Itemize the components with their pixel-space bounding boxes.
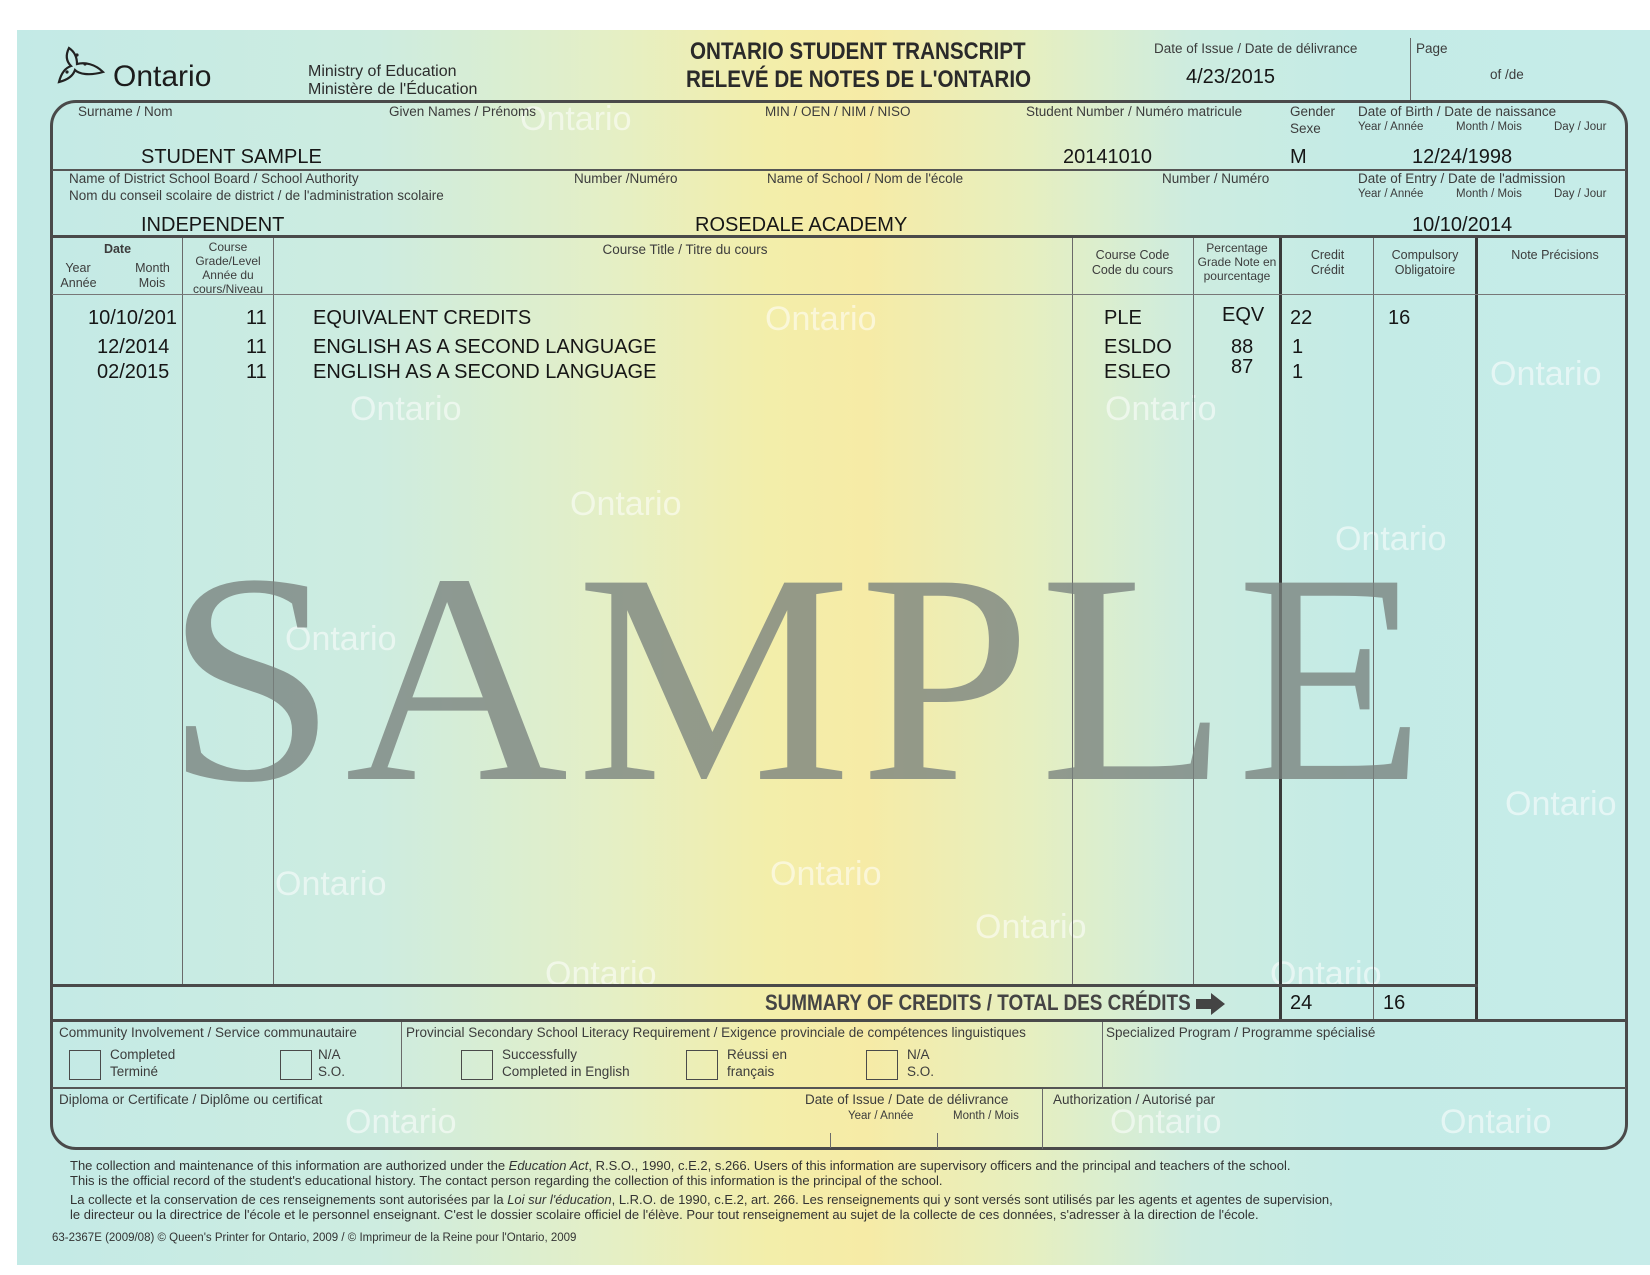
- community-na-fr: S.O.: [318, 1064, 345, 1081]
- header-course-title: Course Title / Titre du cours: [560, 242, 810, 258]
- summary-compulsory: 16: [1383, 993, 1405, 1013]
- row-code: ESLEO: [1104, 362, 1171, 382]
- row-date: 02/2015: [97, 362, 169, 382]
- header-month: Month: [130, 261, 175, 276]
- diploma-month-tick: [937, 1133, 938, 1148]
- school-value: ROSEDALE ACADEMY: [695, 215, 907, 235]
- literacy-french-2: français: [727, 1064, 774, 1081]
- dob-value: 12/24/1998: [1412, 147, 1512, 167]
- col-divider-title: [1072, 238, 1073, 984]
- ontario-logo-text: Ontario: [113, 62, 211, 92]
- gender-value: M: [1290, 147, 1307, 167]
- literacy-na-checkbox[interactable]: [866, 1050, 898, 1080]
- row-credit: 1: [1292, 362, 1303, 382]
- literacy-na-fr: S.O.: [907, 1064, 934, 1081]
- row-title: ENGLISH AS A SECOND LANGUAGE: [313, 337, 656, 357]
- page-of-label: of /de: [1490, 67, 1524, 84]
- gender-label-fr: Sexe: [1290, 121, 1321, 138]
- given-names-label: Given Names / Prénoms: [389, 104, 536, 121]
- table-top-rule: [52, 235, 1626, 238]
- dob-year-label: Year / Année: [1358, 121, 1423, 135]
- literacy-english-1: Successfully: [502, 1047, 577, 1064]
- col-divider-code: [1193, 238, 1194, 984]
- date-of-issue-label: Date of Issue / Date de délivrance: [1154, 41, 1357, 58]
- board-label-en: Name of District School Board / School A…: [69, 171, 359, 188]
- literacy-french-checkbox[interactable]: [686, 1050, 718, 1080]
- student-number-value: 20141010: [1063, 147, 1152, 167]
- row-date: 10/10/201: [88, 308, 177, 328]
- literacy-na-en: N/A: [907, 1047, 930, 1064]
- footer-fr-line1-pre: La collecte et la conservation de ces re…: [70, 1192, 507, 1207]
- summary-credit: 24: [1290, 993, 1312, 1013]
- page-label: Page: [1416, 41, 1448, 58]
- community-label: Community Involvement / Service communau…: [59, 1025, 357, 1042]
- header-percentage: Percentage Grade Note en pourcentage: [1196, 241, 1278, 283]
- row-date: 12/2014: [97, 337, 169, 357]
- literacy-english-checkbox[interactable]: [461, 1050, 493, 1080]
- row-compulsory: 16: [1388, 308, 1410, 328]
- footer-fr-line1-post: , L.R.O. de 1990, c.E.2, art. 266. Les r…: [612, 1192, 1333, 1207]
- row-credit: 22: [1290, 308, 1312, 328]
- header-compulsory: Compulsory Obligatoire: [1380, 248, 1470, 278]
- header-course-code: Course Code Code du cours: [1080, 248, 1185, 278]
- student-name-value: STUDENT SAMPLE: [141, 147, 322, 167]
- diploma-year-tick: [830, 1133, 831, 1148]
- col-divider-note: [1475, 238, 1478, 1020]
- literacy-english-2: Completed in English: [502, 1064, 630, 1081]
- education-act-text: Education Act: [509, 1158, 589, 1173]
- row-grade: 11: [246, 308, 267, 328]
- dob-month-label: Month / Mois: [1456, 121, 1522, 135]
- ministry-en: Ministry of Education: [308, 62, 457, 82]
- entry-year-label: Year / Année: [1358, 188, 1423, 202]
- col-divider-date: [182, 238, 183, 984]
- arrow-right-icon: [1196, 992, 1226, 1016]
- literacy-label: Provincial Secondary School Literacy Req…: [406, 1025, 1026, 1042]
- requirements-bottom-rule: [52, 1087, 1626, 1089]
- footer-fr-line1: La collecte et la conservation de ces re…: [70, 1192, 1333, 1208]
- summary-bottom-rule: [52, 1019, 1626, 1022]
- trillium-icon: [55, 42, 107, 94]
- footer-en-line1: The collection and maintenance of this i…: [70, 1158, 1291, 1174]
- header-note: Note Précisions: [1500, 248, 1610, 263]
- loi-education-text: Loi sur l'éducation: [507, 1192, 611, 1207]
- row-percentage: 88: [1231, 337, 1253, 357]
- ontario-logo: Ontario: [55, 42, 235, 98]
- footer-en-line1-post: , R.S.O., 1990, c.E.2, s.266. Users of t…: [588, 1158, 1290, 1173]
- ministry-fr: Ministère de l'Éducation: [308, 80, 477, 100]
- header-mois: Mois: [132, 276, 172, 291]
- row-percentage: EQV: [1222, 305, 1264, 325]
- community-completed-checkbox[interactable]: [69, 1050, 101, 1080]
- gender-label-en: Gender: [1290, 104, 1335, 121]
- specialized-divider: [1102, 1022, 1103, 1088]
- row-title: EQUIVALENT CREDITS: [313, 308, 531, 328]
- school-number-label: Number / Numéro: [1162, 171, 1269, 188]
- col-divider-grade: [273, 238, 274, 984]
- header-credit: Credit Crédit: [1300, 248, 1355, 278]
- authorization-label: Authorization / Autorisé par: [1053, 1092, 1215, 1109]
- community-na-checkbox[interactable]: [280, 1050, 312, 1080]
- dob-day-label: Day / Jour: [1554, 121, 1606, 135]
- literacy-french-1: Réussi en: [727, 1047, 787, 1064]
- authorization-divider: [1042, 1089, 1043, 1149]
- surname-label: Surname / Nom: [78, 104, 173, 121]
- summary-label: SUMMARY OF CREDITS / TOTAL DES CRÉDITS: [765, 990, 1191, 1016]
- entry-date-label: Date of Entry / Date de l'admission: [1358, 171, 1565, 188]
- footer-fr-line2: le directeur ou la directrice de l'école…: [70, 1207, 1259, 1223]
- header-date: Date: [90, 242, 145, 257]
- entry-month-label: Month / Mois: [1456, 188, 1522, 202]
- title-en: ONTARIO STUDENT TRANSCRIPT: [690, 38, 1026, 67]
- form-number: 63-2367E (2009/08) © Queen's Printer for…: [52, 1232, 576, 1246]
- row-title: ENGLISH AS A SECOND LANGUAGE: [313, 362, 656, 382]
- row-percentage: 87: [1231, 357, 1253, 377]
- community-divider: [401, 1022, 402, 1088]
- header-year: Year: [58, 261, 98, 276]
- row-code: ESLDO: [1104, 337, 1172, 357]
- entry-date-value: 10/10/2014: [1412, 215, 1512, 235]
- school-name-label: Name of School / Nom de l'école: [767, 171, 963, 188]
- diploma-issue-label: Date of Issue / Date de délivrance: [805, 1092, 1008, 1109]
- board-label-fr: Nom du conseil scolaire de district / de…: [69, 188, 444, 205]
- header-grade-level: Course Grade/Level Année du cours/Niveau: [186, 240, 270, 297]
- board-value: INDEPENDENT: [141, 215, 284, 235]
- student-number-label: Student Number / Numéro matricule: [1026, 104, 1242, 121]
- summary-top-rule: [52, 984, 1478, 987]
- title-fr: RELEVÉ DE NOTES DE L'ONTARIO: [686, 66, 1031, 95]
- row-grade: 11: [246, 362, 267, 382]
- dob-label: Date of Birth / Date de naissance: [1358, 104, 1556, 121]
- footer-en-line2: This is the official record of the stude…: [70, 1173, 943, 1189]
- col-divider-credit: [1279, 238, 1282, 1020]
- community-completed-en: Completed: [110, 1047, 175, 1064]
- diploma-month-label: Month / Mois: [953, 1110, 1019, 1124]
- community-na-en: N/A: [318, 1047, 341, 1064]
- min-label: MIN / OEN / NIM / NISO: [765, 104, 911, 121]
- community-completed-fr: Terminé: [110, 1064, 158, 1081]
- page-divider: [1410, 38, 1411, 100]
- row-grade: 11: [246, 337, 267, 357]
- date-of-issue-value: 4/23/2015: [1186, 67, 1275, 87]
- col-divider-compulsory: [1373, 238, 1374, 1020]
- entry-day-label: Day / Jour: [1554, 188, 1606, 202]
- row-code: PLE: [1104, 308, 1142, 328]
- footer-en-line1-pre: The collection and maintenance of this i…: [70, 1158, 509, 1173]
- diploma-label: Diploma or Certificate / Diplôme ou cert…: [59, 1092, 322, 1109]
- table-header-rule: [52, 294, 1626, 295]
- board-number-label: Number /Numéro: [574, 171, 678, 188]
- specialized-label: Specialized Program / Programme spéciali…: [1106, 1025, 1375, 1042]
- row-credit: 1: [1292, 337, 1303, 357]
- diploma-year-label: Year / Année: [848, 1110, 913, 1124]
- header-annee: Année: [56, 276, 101, 291]
